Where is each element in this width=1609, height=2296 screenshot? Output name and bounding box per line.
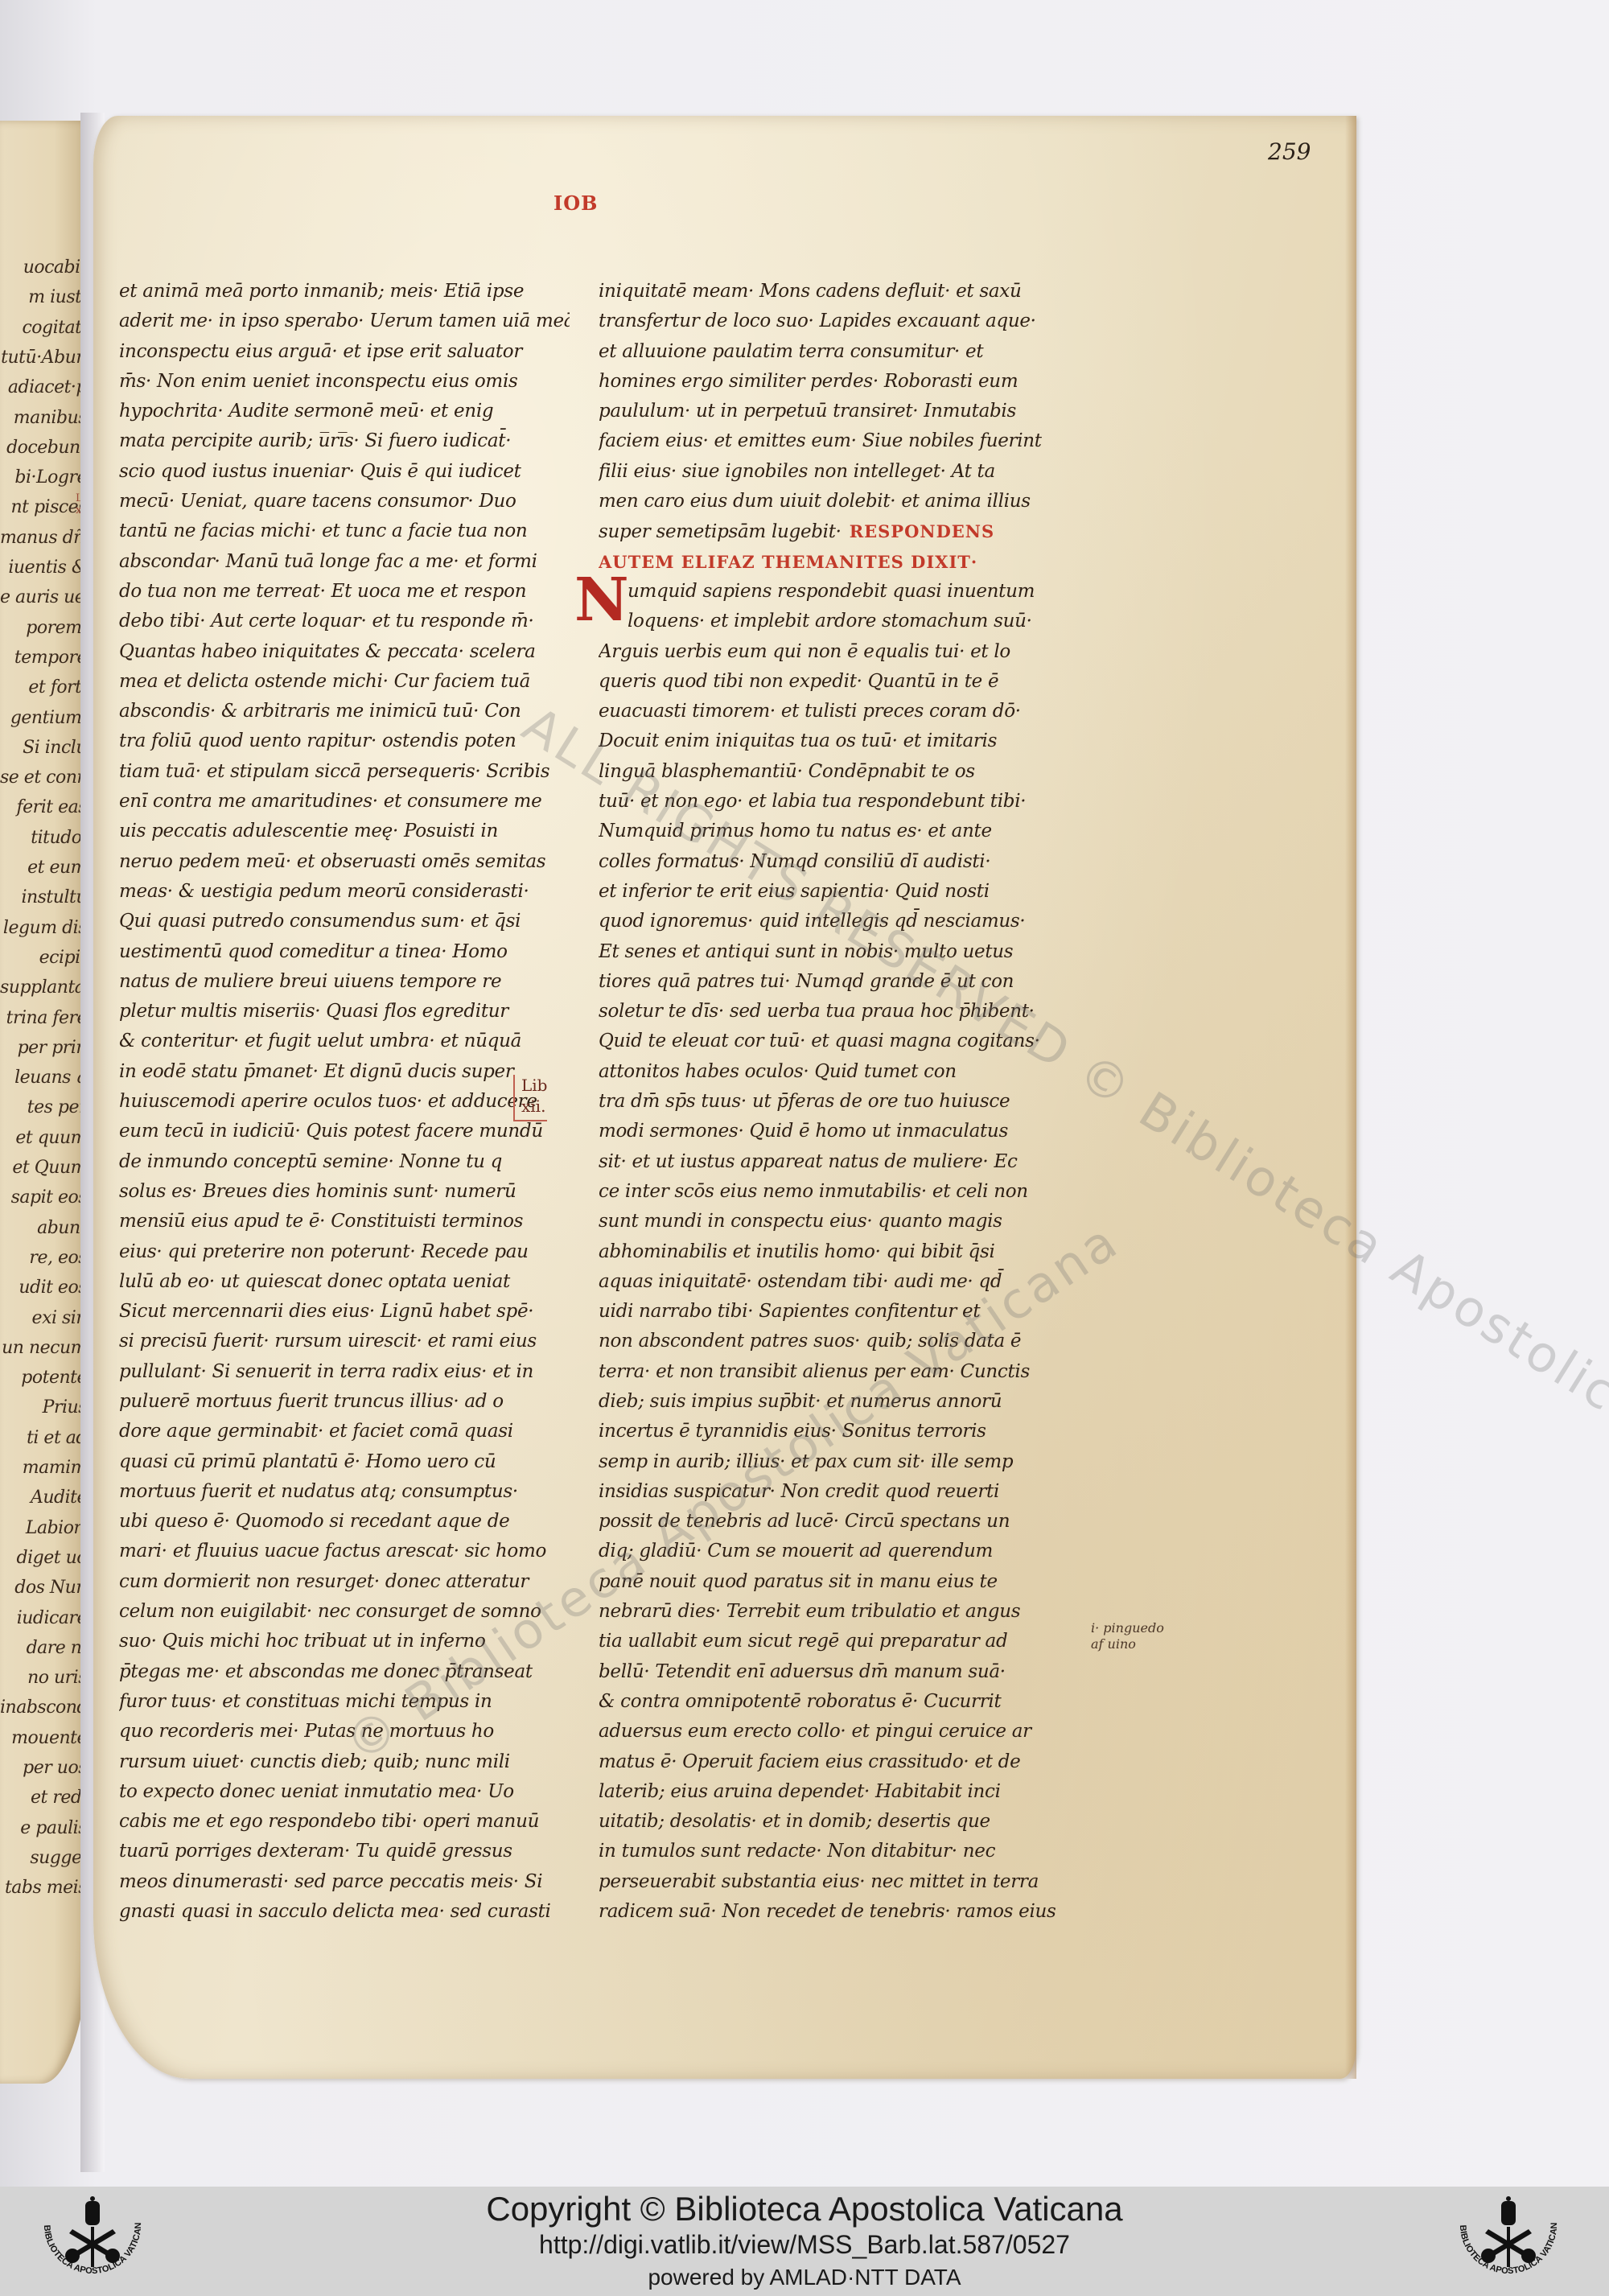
previous-page-line: leuans q — [0, 1068, 87, 1088]
manuscript-line: matus ē· Operuit faciem eius crassitudo·… — [599, 1747, 1081, 1777]
manuscript-line: de inmundo conceptū semine· Nonne tu q — [119, 1147, 570, 1177]
manuscript-line: si precisū fuerit· rursum uirescit· et r… — [119, 1327, 570, 1356]
manuscript-line: scio quod iustus inueniar· Quis ē qui iu… — [119, 457, 570, 487]
previous-page-line: dos Nun — [0, 1578, 87, 1598]
manuscript-line: aduersus eum erecto collo· et pingui cer… — [599, 1717, 1081, 1747]
manuscript-line: tra dm̄ sp̄s tuus· ut p̄feras de ore tuo… — [599, 1087, 1081, 1117]
gloss-line-2: af uino — [1091, 1636, 1164, 1652]
previous-page-line: abunt — [0, 1218, 87, 1238]
previous-page-line: bi·Logre — [0, 467, 87, 488]
previous-page-line: et quum — [0, 1128, 87, 1148]
manuscript-line: filii eius· siue ignobiles non intellege… — [599, 457, 1081, 487]
manuscript-line: semp in aurib; illius· et pax cum sit· i… — [599, 1447, 1081, 1477]
running-head: IOB — [553, 191, 598, 215]
manuscript-line: suo· Quis michi hoc tribuat ut in infern… — [119, 1627, 570, 1656]
manuscript-line: natus de muliere breui uiuens tempore re — [119, 967, 570, 997]
previous-page-line: uocabit — [0, 257, 87, 278]
manuscript-line: do tua non me terreat· Et uoca me et res… — [119, 577, 570, 607]
manuscript-line: possit de tenebris ad lucē· Circū specta… — [599, 1507, 1081, 1537]
manuscript-line: & contra omnipotentē roboratus ē· Cucurr… — [599, 1687, 1081, 1717]
previous-page-line: titudo· — [0, 828, 87, 848]
margin-book-division-note: Lib xii. — [513, 1075, 547, 1121]
previous-page-line: Labiori — [0, 1518, 87, 1538]
manuscript-line: meas· & uestigia pedum meorū considerast… — [119, 877, 570, 907]
manuscript-line: uidi narrabo tibi· Sapientes confitentur… — [599, 1297, 1081, 1327]
manuscript-line: gnasti quasi in sacculo delicta mea· sed… — [119, 1897, 570, 1927]
manuscript-line: uis peccatis adulescentie meę· Posuisti … — [119, 817, 570, 846]
manuscript-line: eius· qui preterire non poterunt· Recede… — [119, 1237, 570, 1267]
manuscript-line: umquid sapiens respondebit quasi inuentu… — [599, 577, 1081, 607]
manuscript-line: nebrarū dies· Terrebit eum tribulatio et… — [599, 1597, 1081, 1627]
previous-page-line: sapit eos — [0, 1187, 87, 1208]
manuscript-line: mata percipite aurib; u̅ri̅s· Si fuero i… — [119, 426, 570, 456]
previous-page-line: se et conma — [0, 767, 87, 788]
manuscript-line: panē nouit quod paratus sit in manu eius… — [599, 1567, 1081, 1597]
copyright-text: Copyright © Biblioteca Apostolica Vatica… — [0, 2190, 1609, 2228]
previous-page-line: udit eos — [0, 1278, 87, 1298]
previous-page-line: et eum — [0, 858, 87, 878]
manuscript-line: cabis me et ego respondebo tibi· operi m… — [119, 1807, 570, 1837]
manuscript-line: eum tecū in iudiciū· Quis potest facere … — [119, 1117, 570, 1146]
manuscript-line: Numquid primus homo tu natus es· et ante — [599, 817, 1081, 846]
manuscript-line: quo recorderis mei· Putas ne mortuus ho — [119, 1717, 570, 1747]
rubric-heading-continued: AUTEM ELIFAZ THEMANITES DIXIT· — [599, 552, 977, 572]
previous-page-line: ferit eas — [0, 797, 87, 817]
margin-lib-label: Lib — [521, 1075, 547, 1096]
margin-gloss: i· pinguedo af uino — [1091, 1620, 1164, 1652]
manuscript-line: solus es· Breues dies hominis sunt· nume… — [119, 1177, 570, 1207]
previous-page-line: et forti — [0, 677, 87, 697]
text-column-right: iniquitatē meam· Mons cadens defluit· et… — [599, 277, 1081, 1927]
manuscript-line: aquas iniquitatē· ostendam tibi· audi me… — [599, 1267, 1081, 1297]
manuscript-line: mensiū eius apud te ē· Constituisti term… — [119, 1207, 570, 1236]
manuscript-line: diq; gladiū· Cum se mouerit ad querendum — [599, 1537, 1081, 1566]
manuscript-line: et inferior te erit eius sapientia· Quid… — [599, 877, 1081, 907]
page-edge — [1345, 116, 1356, 2079]
previous-page-line: dare ni — [0, 1638, 87, 1658]
previous-page-line: Prius — [0, 1397, 87, 1418]
manuscript-line: perseuerabit substantia eius· nec mittet… — [599, 1867, 1081, 1897]
previous-page-line: legum dis — [0, 918, 87, 938]
manuscript-line: colles formatus· Numqd consiliū dī audis… — [599, 847, 1081, 877]
manuscript-line: celum non euigilabit· nec consurget de s… — [119, 1597, 570, 1627]
manuscript-line: pullulant· Si senuerit in terra radix ei… — [119, 1357, 570, 1387]
previous-page-line: cogitati — [0, 318, 87, 338]
previous-page-line: Audite — [0, 1487, 87, 1508]
previous-page-line: supplantat — [0, 977, 87, 998]
copyright-footer: BIBLIOTECA APOSTOLICA VATICANA Copyright… — [0, 2187, 1609, 2296]
manuscript-line: mari· et fluuius uacue factus arescat· s… — [119, 1537, 570, 1566]
manuscript-page: 259 IOB et animā meā porto inmanib; meis… — [93, 116, 1356, 2079]
manuscript-line: quasi cū primū plantatū ē· Homo uero cū — [119, 1447, 570, 1477]
manuscript-line: sit· et ut iustus appareat natus de muli… — [599, 1147, 1081, 1177]
previous-page-line: un necum — [0, 1338, 87, 1358]
manuscript-line: tuarū porriges dexteram· Tu quidē gressu… — [119, 1837, 570, 1866]
manuscript-line: Quid te eleuat cor tuū· et quasi magna c… — [599, 1027, 1081, 1056]
manuscript-line: bellū· Tetendit enī aduersus dm̄ manum s… — [599, 1657, 1081, 1687]
previous-page-line: mouente — [0, 1728, 87, 1748]
manuscript-line: enī contra me amaritudines· et consumere… — [119, 787, 570, 817]
manuscript-line: euacuasti timorem· et tulisti preces cor… — [599, 697, 1081, 726]
manuscript-line: abhominabilis et inutilis homo· qui bibi… — [599, 1237, 1081, 1267]
manuscript-line: Et senes et antiqui sunt in nobis· multo… — [599, 937, 1081, 967]
manuscript-line: faciem eius· et emittes eum· Siue nobile… — [599, 426, 1081, 456]
previous-page-line: e auris uer — [0, 587, 87, 607]
manuscript-line: radicem suā· Non recedet de tenebris· ra… — [599, 1897, 1081, 1927]
manuscript-line: et alluuione paulatim terra consumitur· … — [599, 337, 1081, 367]
manuscript-line: debo tibi· Aut certe loquar· et tu respo… — [119, 607, 570, 636]
manuscript-line-text: super semetipsām lugebit· — [599, 521, 842, 542]
manuscript-line: m̄s· Non enim ueniet inconspectu eius om… — [119, 367, 570, 397]
manuscript-line: Quantas habeo iniquitates & peccata· sce… — [119, 637, 570, 667]
previous-page-line: tutū·Abun — [0, 348, 87, 368]
manuscript-line: loquens· et implebit ardore stomachum su… — [599, 607, 1081, 636]
manuscript-line: Docuit enim iniquitas tua os tuū· et imi… — [599, 726, 1081, 756]
previous-page-line: e paulis — [0, 1818, 87, 1838]
manuscript-line: linguā blasphemantiū· Condēpnabit te os — [599, 757, 1081, 787]
manuscript-line: inconspectu eius arguā· et ipse erit sal… — [119, 337, 570, 367]
previous-page-line: no uris — [0, 1668, 87, 1688]
previous-page-line: re, eos — [0, 1248, 87, 1268]
manuscript-line: et animā meā porto inmanib; meis· Etiā i… — [119, 277, 570, 307]
previous-page-line: manibus — [0, 408, 87, 428]
manuscript-line: iniquitatē meam· Mons cadens defluit· et… — [599, 277, 1081, 307]
manuscript-line: abscondar· Manū tuā longe fac a me· et f… — [119, 547, 570, 577]
manuscript-line: ce inter scōs eius nemo inmutabilis· et … — [599, 1177, 1081, 1207]
previous-page-line: ti et ad — [0, 1428, 87, 1448]
vatican-library-logo-icon: BIBLIOTECA APOSTOLICA VATICANA — [1448, 2193, 1569, 2290]
previous-page-line: gentium. — [0, 708, 87, 728]
manuscript-line: tia uallabit eum sicut regē qui preparat… — [599, 1627, 1081, 1656]
previous-page-line: tempore — [0, 648, 87, 668]
manuscript-line: insidias suspicatur· Non credit quod reu… — [599, 1477, 1081, 1507]
manuscript-line: dore aque germinabit· et faciet comā qua… — [119, 1417, 570, 1446]
previous-page-line: Si inclu — [0, 738, 87, 758]
previous-page-line: trina fere — [0, 1008, 87, 1028]
manuscript-line: Arguis uerbis eum qui non ē equalis tui·… — [599, 637, 1081, 667]
manuscript-line: puluerē mortuus fuerit truncus illius· a… — [119, 1387, 570, 1417]
powered-by-text: powered by AMLAD·NTT DATA — [0, 2265, 1609, 2290]
manuscript-line: attonitos habes oculos· Quid tumet con — [599, 1057, 1081, 1087]
folio-number: 259 — [1268, 138, 1311, 165]
previous-page-fragment: uocabitm iusticogitatitutū·Abunadiacet·p… — [0, 121, 90, 2084]
previous-page-line: iudicare — [0, 1608, 87, 1628]
manuscript-line: mortuus fuerit et nudatus atq; consumptu… — [119, 1477, 570, 1507]
decorated-initial: N — [574, 570, 629, 630]
margin-lib-number: xii. — [521, 1096, 547, 1117]
previous-page-line: et redi — [0, 1788, 87, 1808]
manuscript-line: huiuscemodi aperire oculos tuos· et addu… — [119, 1087, 570, 1117]
manuscript-line: queris quod tibi non expedit· Quantū in … — [599, 667, 1081, 697]
previous-page-line: m iusti — [0, 287, 87, 307]
previous-page-line: nt pisces — [0, 497, 87, 517]
manuscript-line: laterib; eius aruina dependet· Habitabit… — [599, 1777, 1081, 1807]
manuscript-line: meos dinumerasti· sed parce peccatis mei… — [119, 1867, 570, 1897]
previous-page-line: inabscondi — [0, 1697, 87, 1718]
manuscript-line: non abscondent patres suos· quib; solis … — [599, 1327, 1081, 1356]
manuscript-line: soletur te dīs· sed uerba tua praua hoc … — [599, 997, 1081, 1027]
previous-page-line: potente — [0, 1368, 87, 1388]
manuscript-line: tantū ne facias michi· et tunc a facie t… — [119, 516, 570, 546]
manuscript-line: tra foliū quod uento rapitur· ostendis p… — [119, 726, 570, 756]
previous-page-line: tes per — [0, 1097, 87, 1117]
previous-page-line: tabs meis — [0, 1878, 87, 1898]
manuscript-line: quod ignoremus· quid intellegis qd̄ nesc… — [599, 907, 1081, 936]
previous-page-line: docebunt — [0, 438, 87, 458]
manuscript-line: hypochrita· Audite sermonē meū· et enig — [119, 397, 570, 426]
manuscript-line: to expecto donec ueniat inmutatio mea· U… — [119, 1777, 570, 1807]
manuscript-line: mecū· Ueniat, quare tacens consumor· Duo — [119, 487, 570, 516]
manuscript-line: AUTEM ELIFAZ THEMANITES DIXIT· — [599, 547, 1081, 577]
previous-page-line: porem. — [0, 618, 87, 638]
previous-page-line: suggel — [0, 1848, 87, 1868]
manuscript-line: paululum· ut in perpetuū transiret· Inmu… — [599, 397, 1081, 426]
manuscript-line: uitatib; desolatis· et in domib; deserti… — [599, 1807, 1081, 1837]
manuscript-line: Qui quasi putredo consumendus sum· et q̄… — [119, 907, 570, 936]
manuscript-line: tiam tuā· et stipulam siccā persequeris·… — [119, 757, 570, 787]
previous-page-line: diget uo — [0, 1548, 87, 1568]
manuscript-line: sunt mundi in conspectu eius· quanto mag… — [599, 1207, 1081, 1236]
manuscript-line: pletur multis miseriis· Quasi flos egred… — [119, 997, 570, 1027]
manuscript-line: mea et delicta ostende michi· Cur faciem… — [119, 667, 570, 697]
manuscript-line: transfertur de loco suo· Lapides excauan… — [599, 307, 1081, 336]
previous-page-line: per uos — [0, 1758, 87, 1778]
manuscript-line: lulū ab eo· ut quiescat donec optata uen… — [119, 1267, 570, 1297]
manuscript-line: cum dormierit non resurget· donec attera… — [119, 1567, 570, 1597]
previous-page-line: per prin — [0, 1038, 87, 1058]
manuscript-line: in tumulos sunt redacte· Non ditabitur· … — [599, 1837, 1081, 1866]
manuscript-line: Sicut mercennarii dies eius· Lignū habet… — [119, 1297, 570, 1327]
manuscript-line: aderit me· in ipso sperabo· Uerum tamen … — [119, 307, 570, 336]
manuscript-line: rursum uiuet· cunctis dieb; quib; nunc m… — [119, 1747, 570, 1777]
previous-page-line: et Quum — [0, 1158, 87, 1178]
manuscript-line: men caro eius dum uiuit dolebit· et anim… — [599, 487, 1081, 516]
manuscript-line: & conteritur· et fugit uelut umbra· et n… — [119, 1027, 570, 1056]
manuscript-line: neruo pedem meū· et obseruasti omēs semi… — [119, 847, 570, 877]
previous-page-line: exi sin — [0, 1308, 87, 1328]
previous-page-line: mamim — [0, 1458, 87, 1478]
manuscript-line: abscondis· & arbitraris me inimicū tuū· … — [119, 697, 570, 726]
manuscript-line: modi sermones· Quid ē homo ut inmaculatu… — [599, 1117, 1081, 1146]
previous-page-line: manus dñi — [0, 528, 87, 548]
previous-page-line: iuentis & — [0, 558, 87, 578]
rubric-heading: RESPONDENS — [850, 521, 994, 541]
manuscript-line: homines ergo similiter perdes· Roborasti… — [599, 367, 1081, 397]
text-column-left: et animā meā porto inmanib; meis· Etiā i… — [119, 277, 570, 1927]
manuscript-line: incertus ē tyrannidis eius· Sonitus terr… — [599, 1417, 1081, 1446]
manuscript-line: tuū· et non ego· et labia tua respondebu… — [599, 787, 1081, 817]
gloss-line-1: i· pinguedo — [1091, 1620, 1164, 1636]
manuscript-line: dieb; suis impius sup̄bit· et numerus an… — [599, 1387, 1081, 1417]
manuscript-line: terra· et non transibit alienus per eam·… — [599, 1357, 1081, 1387]
previous-page-line: adiacet·p — [0, 377, 87, 397]
manuscript-line: in eodē statu p̄manet· Et dignū ducis su… — [119, 1057, 570, 1087]
manuscript-line: uestimentū quod comeditur a tinea· Homo — [119, 937, 570, 967]
previous-page-line: instultu — [0, 887, 87, 907]
manuscript-line: ubi queso ē· Quomodo si recedant aque de — [119, 1507, 570, 1537]
previous-page-line: ecipit — [0, 948, 87, 968]
source-url-link[interactable]: http://digi.vatlib.it/view/MSS_Barb.lat.… — [0, 2230, 1609, 2260]
manuscript-line: super semetipsām lugebit·RESPONDENS — [599, 516, 1081, 546]
manuscript-line: p̄tegas me· et abscondas me donec p̄tran… — [119, 1657, 570, 1687]
manuscript-line: tiores quā patres tui· Numqd grande ē ut… — [599, 967, 1081, 997]
manuscript-line: furor tuus· et constituas michi tempus i… — [119, 1687, 570, 1717]
